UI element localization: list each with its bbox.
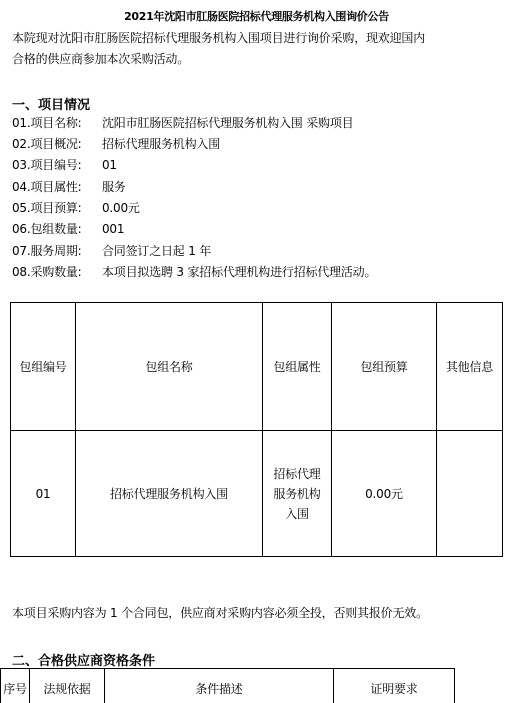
header-proof-requirement: 证明要求	[334, 669, 455, 703]
qualification-table: 序号 法规依据 条件描述 证明要求	[0, 668, 455, 703]
field-label: 08.采购数量:	[12, 263, 102, 281]
field-label: 07.服务周期:	[12, 242, 102, 260]
field-label: 02.项目概况:	[12, 135, 102, 153]
field-purchase-quantity: 08.采购数量:本项目拟选聘 3 家招标代理机构进行招标代理活动。	[12, 263, 376, 281]
field-label: 06.包组数量:	[12, 220, 102, 238]
cell-package-name: 招标代理服务机构入围	[76, 431, 263, 557]
header-condition-description: 条件描述	[105, 669, 334, 703]
cell-package-attribute: 招标代理服务机构入围	[263, 431, 332, 557]
field-value: 合同签订之日起 1 年	[102, 242, 211, 260]
table-row: 01 招标代理服务机构入围 招标代理服务机构入围 0.00元	[11, 431, 503, 557]
intro-line-1: 本院现对沈阳市肛肠医院招标代理服务机构入围项目进行询价采购，现欢迎国内	[12, 28, 492, 49]
header-serial-number: 序号	[1, 669, 30, 703]
field-project-number: 03.项目编号:01	[12, 156, 117, 174]
field-label: 05.项目预算:	[12, 199, 102, 217]
qualification-table-header-row: 序号 法规依据 条件描述 证明要求	[1, 669, 455, 703]
field-project-name: 01.项目名称:沈阳市肛肠医院招标代理服务机构入围 采购项目	[12, 114, 353, 132]
package-note: 本项目采购内容为 1 个合同包，供应商对采购内容必须全投，否则其报价无效。	[12, 604, 428, 621]
intro-line-2: 合格的供应商参加本次采购活动。	[12, 49, 492, 70]
field-project-budget: 05.项目预算:0.00元	[12, 199, 140, 217]
field-package-count: 06.包组数量:001	[12, 220, 124, 238]
field-project-attribute: 04.项目属性:服务	[12, 178, 126, 196]
field-value: 01	[102, 156, 117, 174]
field-label: 03.项目编号:	[12, 156, 102, 174]
field-value: 服务	[102, 178, 126, 196]
field-value: 招标代理服务机构入围	[102, 135, 220, 153]
header-other-info: 其他信息	[437, 303, 503, 431]
header-package-name: 包组名称	[76, 303, 263, 431]
header-package-attribute: 包组属性	[263, 303, 332, 431]
section-heading-project-info: 一、项目情况	[12, 94, 90, 113]
cell-package-budget: 0.00元	[332, 431, 437, 557]
field-value: 001	[102, 220, 124, 238]
field-value: 0.00元	[102, 199, 140, 217]
package-table-header-row: 包组编号 包组名称 包组属性 包组预算 其他信息	[11, 303, 503, 431]
cell-package-number: 01	[11, 431, 76, 557]
field-project-overview: 02.项目概况:招标代理服务机构入围	[12, 135, 220, 153]
section-heading-qualifications: 二、合格供应商资格条件	[12, 650, 155, 669]
field-value: 本项目拟选聘 3 家招标代理机构进行招标代理活动。	[102, 263, 376, 281]
header-package-number: 包组编号	[11, 303, 76, 431]
intro-paragraph: 本院现对沈阳市肛肠医院招标代理服务机构入围项目进行询价采购，现欢迎国内 合格的供…	[12, 28, 492, 70]
header-legal-basis: 法规依据	[30, 669, 105, 703]
header-package-budget: 包组预算	[332, 303, 437, 431]
field-label: 04.项目属性:	[12, 178, 102, 196]
field-service-period: 07.服务周期:合同签订之日起 1 年	[12, 242, 211, 260]
field-label: 01.项目名称:	[12, 114, 102, 132]
package-table: 包组编号 包组名称 包组属性 包组预算 其他信息 01 招标代理服务机构入围 招…	[10, 302, 503, 557]
document-title: 2021年沈阳市肛肠医院招标代理服务机构入围询价公告	[0, 8, 513, 24]
field-value: 沈阳市肛肠医院招标代理服务机构入围 采购项目	[102, 114, 353, 132]
cell-other-info	[437, 431, 503, 557]
